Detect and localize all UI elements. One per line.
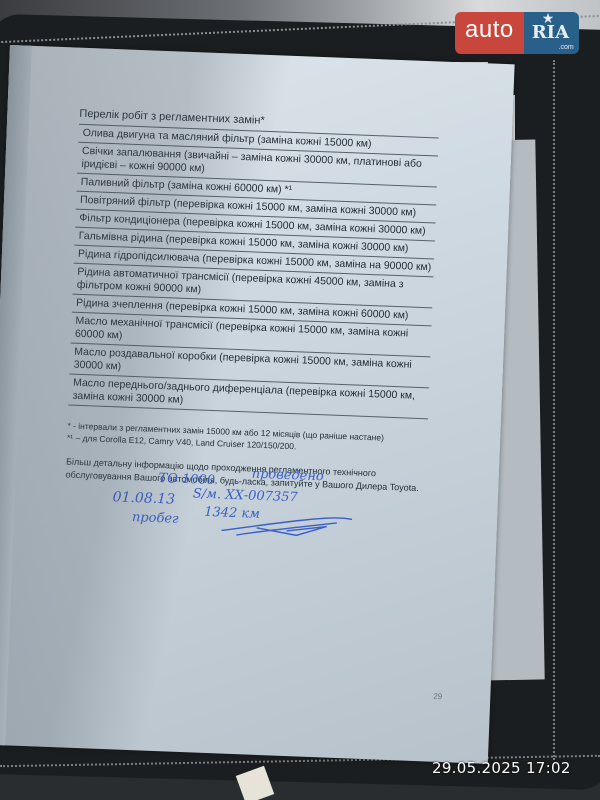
photo-timestamp: 29.05.2025 17:02: [432, 759, 571, 777]
watermark-ria: ★ RIA .com: [524, 12, 579, 54]
autoria-watermark: auto ★ RIA .com: [455, 12, 579, 54]
watermark-auto: auto: [455, 12, 524, 54]
folder-zipper-right: [553, 60, 559, 760]
shadow-overlay: [0, 45, 515, 764]
watermark-com: .com: [559, 44, 574, 51]
service-book-page: Перелік робіт з регламентних замін* Олив…: [0, 45, 515, 764]
watermark-ria-text: RIA: [532, 22, 569, 43]
